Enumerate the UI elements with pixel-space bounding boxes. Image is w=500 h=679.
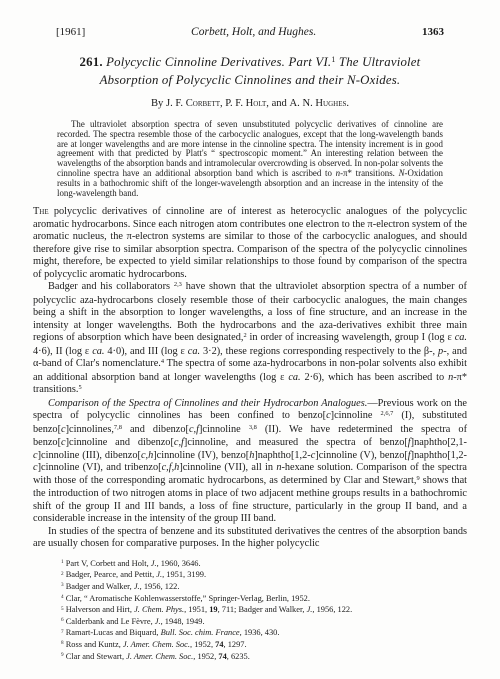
footnote: 3 Badger and Walker, J., 1956, 122. [61,582,467,594]
body-paragraph: Comparison of the Spectra of Cinnolines … [33,398,467,526]
footnote: 2 Badger, Pearce, and Pettit, J., 1951, … [61,570,467,582]
body-paragraph: Badger and his collaborators 2,3 have sh… [33,281,467,398]
article-title: 261. Polycyclic Cinnoline Derivatives. P… [61,54,439,89]
page-header: [1961] Corbett, Holt, and Hughes. 1363 [33,26,467,39]
footnote: 9 Clar and Stewart, J. Amer. Chem. Soc.,… [61,652,467,664]
footnote: 5 Halverson and Hirt, J. Chem. Phys., 19… [61,605,467,617]
issue-year: [1961] [56,26,85,39]
body-paragraph: The polycyclic derivatives of cinnoline … [33,206,467,281]
running-head: Corbett, Holt, and Hughes. [191,26,316,39]
footnotes: 1 Part V, Corbett and Holt, J., 1960, 36… [33,559,467,663]
journal-page: [1961] Corbett, Holt, and Hughes. 1363 2… [0,0,500,679]
article-body: The polycyclic derivatives of cinnoline … [33,206,467,551]
abstract: The ultraviolet absorption spectra of se… [57,120,443,198]
body-paragraph: In studies of the spectra of benzene and… [33,526,467,551]
footnote: 6 Calderbank and Le Fèvre, J., 1948, 194… [61,617,467,629]
footnote: 7 Ramart-Lucas and Biquard, Bull. Soc. c… [61,628,467,640]
footnote: 1 Part V, Corbett and Holt, J., 1960, 36… [61,559,467,571]
footnote: 8 Ross and Kuntz, J. Amer. Chem. Soc., 1… [61,640,467,652]
page-number: 1363 [422,26,444,39]
article-byline: By J. F. Corbett, P. F. Holt, and A. N. … [33,97,467,110]
footnote: 4 Clar, “ Aromatische Kohlenwasserstoffe… [61,594,467,606]
